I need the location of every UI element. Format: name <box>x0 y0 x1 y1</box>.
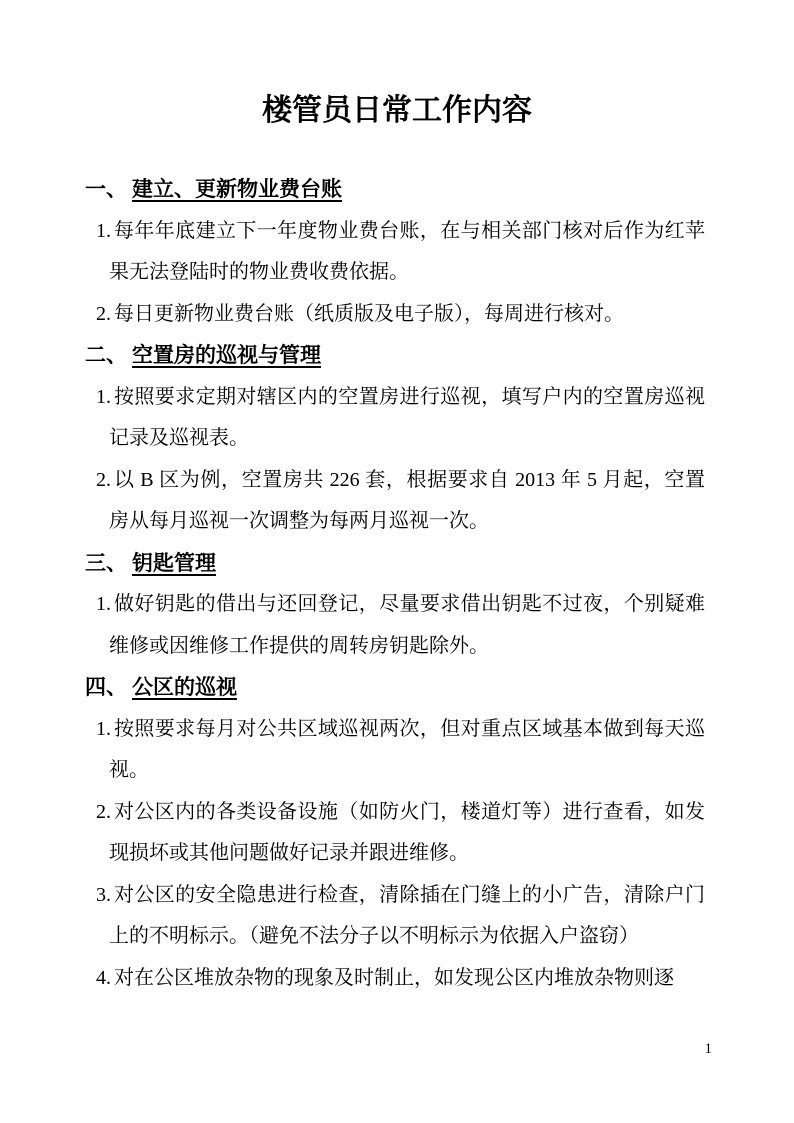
section-heading: 一、建立、更新物业费台账 <box>85 169 705 211</box>
section-title: 钥匙管理 <box>132 551 216 575</box>
document-title: 楼管员日常工作内容 <box>0 89 794 133</box>
section-number: 三、 <box>85 543 132 585</box>
section-4: 四、公区的巡视 1.按照要求每月对公共区域巡视两次，但对重点区域基本做到每天巡视… <box>85 667 705 999</box>
item-number: 1. <box>96 211 111 253</box>
item-number: 4. <box>96 958 111 1000</box>
item-text: 按照要求定期对辖区内的空置房进行巡视，填写户内的空置房巡视记录及巡视表。 <box>109 386 705 450</box>
section-title: 建立、更新物业费台账 <box>132 177 342 201</box>
section-number: 四、 <box>85 667 132 709</box>
section-heading: 四、公区的巡视 <box>85 667 705 709</box>
item-number: 3. <box>96 875 111 917</box>
section-2: 二、空置房的巡视与管理 1.按照要求定期对辖区内的空置房进行巡视，填写户内的空置… <box>85 335 705 543</box>
section-title: 空置房的巡视与管理 <box>132 343 321 367</box>
list-item: 1.做好钥匙的借出与还回登记，尽量要求借出钥匙不过夜，个别疑难维修或因维修工作提… <box>85 584 705 667</box>
item-text: 按照要求每月对公共区域巡视两次，但对重点区域基本做到每天巡视。 <box>109 718 705 782</box>
item-text: 每年年底建立下一年度物业费台账，在与相关部门核对后作为红苹果无法登陆时的物业费收… <box>109 220 705 284</box>
item-text: 以 B 区为例，空置房共 226 套，根据要求自 2013 年 5 月起，空置房… <box>109 469 705 533</box>
item-text: 做好钥匙的借出与还回登记，尽量要求借出钥匙不过夜，个别疑难维修或因维修工作提供的… <box>109 593 705 657</box>
list-item: 4.对在公区堆放杂物的现象及时制止，如发现公区内堆放杂物则逐 <box>85 958 705 1000</box>
list-item: 2.以 B 区为例，空置房共 226 套，根据要求自 2013 年 5 月起，空… <box>85 460 705 543</box>
item-text: 对公区的安全隐患进行检查，清除插在门缝上的小广告，清除户门上的不明标示。（避免不… <box>109 884 705 948</box>
item-text: 每日更新物业费台账（纸质版及电子版），每周进行核对。 <box>114 303 624 325</box>
section-1: 一、建立、更新物业费台账 1.每年年底建立下一年度物业费台账，在与相关部门核对后… <box>85 169 705 335</box>
item-text: 对公区内的各类设备设施（如防火门，楼道灯等）进行查看，如发现损坏或其他问题做好记… <box>109 801 705 865</box>
section-heading: 二、空置房的巡视与管理 <box>85 335 705 377</box>
list-item: 1.按照要求定期对辖区内的空置房进行巡视，填写户内的空置房巡视记录及巡视表。 <box>85 377 705 460</box>
item-number: 1. <box>96 584 111 626</box>
section-number: 一、 <box>85 169 132 211</box>
document-body: 一、建立、更新物业费台账 1.每年年底建立下一年度物业费台账，在与相关部门核对后… <box>85 169 705 999</box>
section-3: 三、钥匙管理 1.做好钥匙的借出与还回登记，尽量要求借出钥匙不过夜，个别疑难维修… <box>85 543 705 668</box>
page-number: 1 <box>705 1039 713 1059</box>
section-title: 公区的巡视 <box>132 675 237 699</box>
list-item: 2.对公区内的各类设备设施（如防火门，楼道灯等）进行查看，如发现损坏或其他问题做… <box>85 792 705 875</box>
section-heading: 三、钥匙管理 <box>85 543 705 585</box>
list-item: 3.对公区的安全隐患进行检查，清除插在门缝上的小广告，清除户门上的不明标示。（避… <box>85 875 705 958</box>
item-number: 1. <box>96 709 111 751</box>
item-number: 2. <box>96 460 111 502</box>
document-page: 楼管员日常工作内容 一、建立、更新物业费台账 1.每年年底建立下一年度物业费台账… <box>0 0 794 1123</box>
list-item: 1.按照要求每月对公共区域巡视两次，但对重点区域基本做到每天巡视。 <box>85 709 705 792</box>
list-item: 1.每年年底建立下一年度物业费台账，在与相关部门核对后作为红苹果无法登陆时的物业… <box>85 211 705 294</box>
list-item: 2.每日更新物业费台账（纸质版及电子版），每周进行核对。 <box>85 294 705 336</box>
item-number: 1. <box>96 377 111 419</box>
item-number: 2. <box>96 294 111 336</box>
item-text: 对在公区堆放杂物的现象及时制止，如发现公区内堆放杂物则逐 <box>114 967 674 989</box>
item-number: 2. <box>96 792 111 834</box>
section-number: 二、 <box>85 335 132 377</box>
